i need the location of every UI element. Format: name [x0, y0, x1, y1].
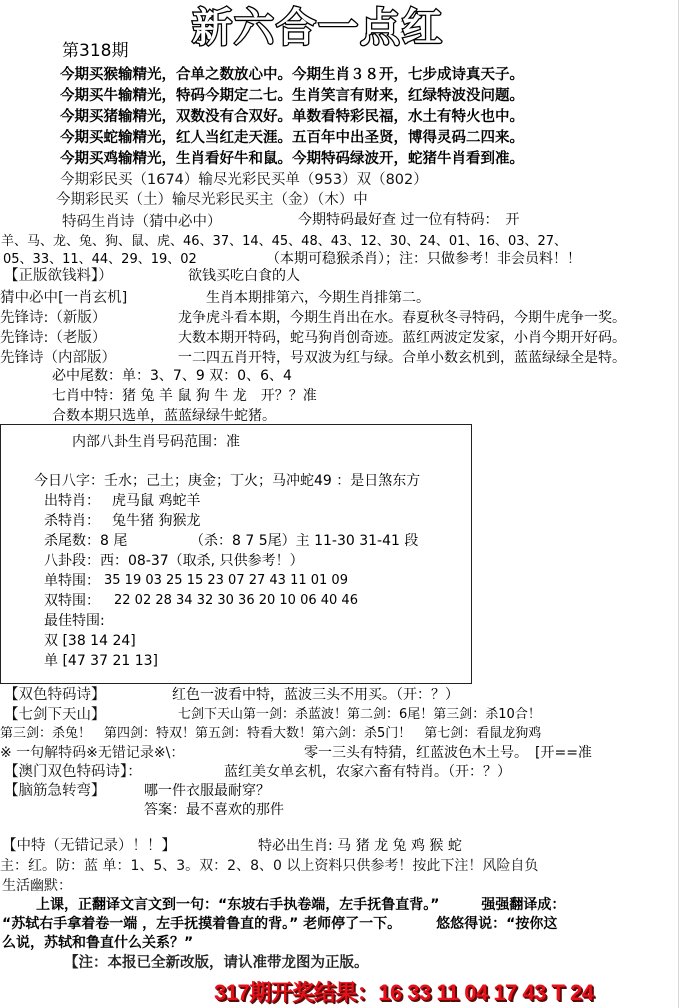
- box-double-label: 双特围：: [44, 591, 100, 611]
- box-bazi: 今日八字：壬水；己土；庚金；丁火；马冲蛇49 ：是日煞东方: [34, 471, 420, 491]
- dual-color-text: 红色一波看中特，蓝波三头不用买。（开：？）: [172, 685, 459, 705]
- xianfeng-inner-label: 先锋诗（内部版）: [0, 348, 116, 368]
- box-kill-tail-note: （杀：8 7 5尾）主 11-30 31-41 段: [190, 531, 418, 551]
- lottery-buy-line-1: 今期彩民买（1674）输尽光彩民买单（953）双（802）: [60, 170, 428, 190]
- humor-label: 生活幽默：: [2, 876, 72, 896]
- box-title: 内部八卦生肖号码范围：准: [72, 432, 240, 452]
- special-remark: （本期可稳猴杀肖）；注：只做参考！非会员料！！: [266, 249, 581, 269]
- poem-line: 今期买鸡输精光，生肖看好牛和鼠。今期特码绿波开，蛇猪牛肖看到准。: [60, 149, 524, 169]
- poem-line: 今期买牛输精光，特码今期定二七。生肖笑言有财来，红绿特波没问题。: [60, 86, 524, 106]
- box-best-label: 最佳特围:: [44, 611, 105, 631]
- xianfeng-new-label: 先锋诗:（新版）: [0, 308, 106, 328]
- humor-line-3: 么说，苏轼和鲁直什么关系？”: [2, 933, 193, 953]
- yuqian-label: 【正版欲钱料】）: [4, 266, 113, 286]
- masthead-title: 新 六 合 一 点 红: [192, 4, 442, 52]
- masthead-char: 新: [192, 4, 232, 52]
- humor-line-1: 上课，正翻译文言文到一句：“东坡右手执卷端，左手抚鲁直背。” 强强翻译成：: [8, 895, 565, 915]
- one-line-label: ※ 一句解特码※无错记录※\：: [0, 743, 184, 763]
- lottery-buy-line-2: 今期彩民买（土）输尽光彩民买主（金）（木）中: [56, 190, 368, 210]
- macau-text: 蓝红美女单玄机，农家六畜有特肖。（开：？）: [224, 762, 511, 782]
- masthead-char: 红: [402, 4, 442, 52]
- yixiao-text: 生肖本期排第六，今期生肖排第二。: [206, 288, 430, 308]
- one-line-text: 零一三头有特猜，红蓝波色木土号。 [开==准: [304, 743, 592, 763]
- box-out-zodiac: 虎马鼠 鸡蛇羊: [112, 491, 200, 511]
- seven-sword-text-1: 七剑下天山第一剑：杀蓝波！第二剑：6尾！第三剑：杀10合！: [178, 705, 541, 725]
- box-kill-zodiac-label: 杀特肖：: [44, 511, 100, 531]
- macau-label: 【澳门双色特码诗】：: [4, 762, 142, 782]
- xianfeng-old-text: 大数本期开特码，蛇马狗肖创奇迹。蓝红两波定发家，小肖今期开好码。: [178, 328, 626, 348]
- main-line: 主：红。防：蓝 单：1、5、3。双：2、8、0 以上资料只供参考！按此下注！风险…: [0, 856, 538, 876]
- masthead-char: 点: [360, 4, 400, 52]
- dual-color-label: 【双色特码诗】: [4, 685, 106, 705]
- seven-sword-label: 【七剑下天山】: [4, 705, 106, 725]
- seven-zodiac: 七肖中特：猪 兔 羊 鼠 狗 牛 龙 开？？准: [52, 386, 317, 406]
- combo-line: 合数本期只选单，蓝蓝绿绿牛蛇猪。: [52, 406, 276, 426]
- box-kill-zodiac: 兔牛猪 狗猴龙: [112, 511, 200, 531]
- notice: 【注：本报已全新改版，请认准带龙图为正版。: [64, 951, 369, 972]
- box-single-nums: 35 19 03 25 15 23 07 27 43 11 01 09: [104, 571, 348, 591]
- riddle-label: 【脑筋急转弯】: [4, 781, 106, 801]
- poem-line: 今期买猴输精光，合单之数放心中。今期生肖３８开，七步成诗真天子。: [60, 65, 524, 85]
- humor-line-2: “苏轼右手拿着卷一端 ，左手抚摸着鲁直的背。” 老师停了一下。 悠悠得说：“按你…: [2, 914, 557, 934]
- box-double-nums: 22 02 28 34 32 30 36 20 10 06 40 46: [114, 591, 358, 611]
- draw-result: 317期开奖结果：16 33 11 04 17 43 T 24: [214, 976, 594, 1007]
- xianfeng-old-label: 先锋诗:（老版）: [0, 328, 106, 348]
- box-single-label: 单特围：: [44, 571, 100, 591]
- poem-line: 今期买蛇输精光，红人当红走天涯。五百年中出圣贤，博得灵码二四来。: [60, 128, 524, 148]
- box-best-single: 单 [47 37 21 13]: [44, 651, 158, 671]
- box-out-zodiac-label: 出特肖：: [44, 491, 100, 511]
- masthead-char: 六: [234, 4, 274, 52]
- masthead-char: 合: [276, 4, 316, 52]
- riddle-question: 哪一件衣服最耐穿？: [144, 781, 270, 801]
- box-bagua: 八卦段：西：08-37（取杀, 只供参考！）: [44, 551, 304, 571]
- issue-number: 第318期: [62, 36, 128, 61]
- box-kill-tail: 杀尾数：8 尾: [44, 531, 127, 551]
- xianfeng-inner-text: 一二四五肖开特，号双波为红与绿。合单小数玄机到，蓝蓝绿绿全是特。: [178, 348, 626, 368]
- right-edge-line: [678, 0, 679, 1008]
- masthead-char: 一: [318, 4, 358, 52]
- riddle-answer: 答案：最不喜欢的那件: [144, 800, 284, 820]
- box-best-double: 双 [38 14 24]: [44, 631, 136, 651]
- seven-sword-text-2: 第三剑：杀兔！ 第四剑：特双！第五剑：特看大数！第六剑：杀5门！ 第七剑：看鼠龙…: [0, 724, 541, 744]
- special-poem-label: 特码生肖诗（猜中必中）: [62, 212, 222, 232]
- yuqian-text: 欲钱买吃白食的人: [188, 266, 300, 286]
- zhongte-label: 【中特（无错记录）！！】: [2, 836, 176, 856]
- xianfeng-new-text: 龙争虎斗看本期，今期生肖出在水。春夏秋冬寻特码，今期牛虎争一奖。: [178, 308, 626, 328]
- yixiao-label: 猜中必中[一肖玄机]: [0, 288, 127, 308]
- tail-numbers: 必中尾数：单：3、7、9 双：0、6、4: [52, 366, 292, 386]
- special-check: 今期特码最好查 过一位有特码： 开: [298, 210, 519, 230]
- zhongte-text: 特必出生肖: 马 猪 龙 兔 鸡 猴 蛇: [258, 836, 462, 856]
- poem-line: 今期买猪输精光，双数没有合双好。单数看特彩民福，水土有特火也中。: [60, 107, 524, 127]
